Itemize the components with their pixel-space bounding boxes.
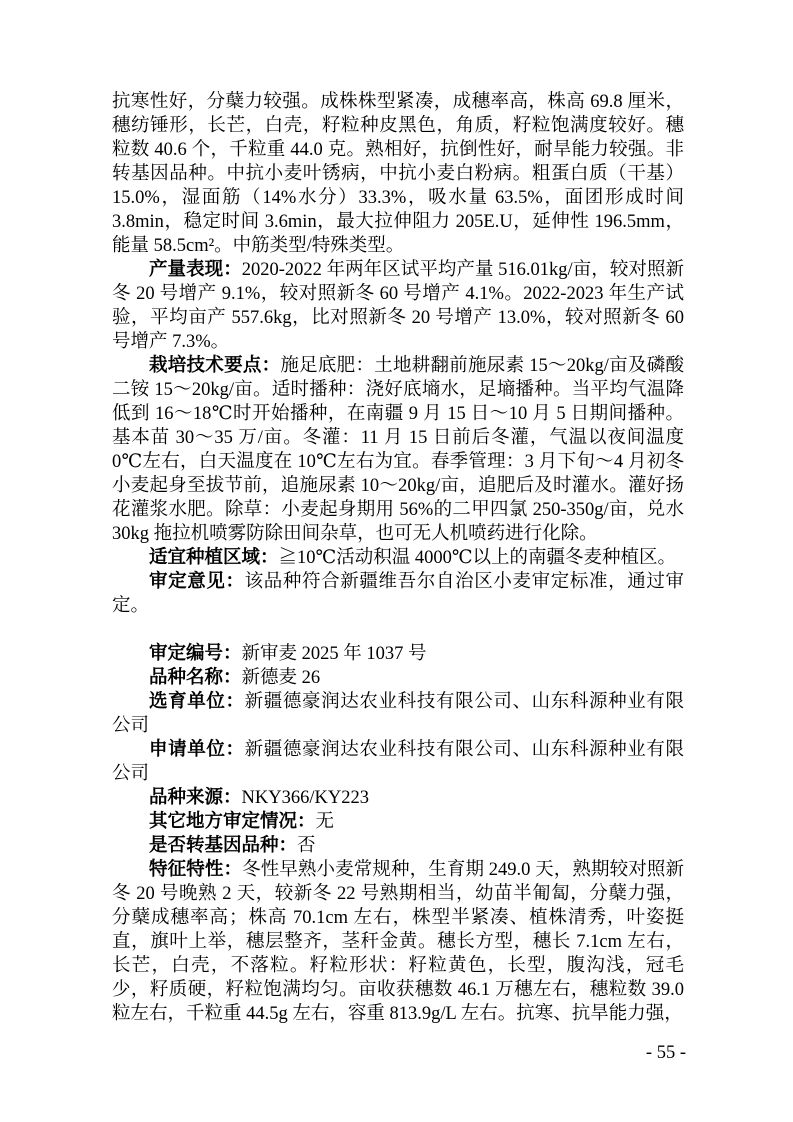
field-applicant-unit: 申请单位：新疆德豪润达农业科技有限公司、山东科源种业有限公司	[112, 738, 684, 786]
field-gmo-status: 是否转基因品种：否	[112, 834, 684, 858]
field-label: 品种名称：	[149, 668, 242, 688]
field-label: 审定编号：	[149, 644, 242, 664]
field-value: ≧10℃活动积温 4000℃以上的南疆冬麦种植区。	[279, 548, 677, 568]
paragraph-quality-continued: 抗寒性好，分蘖力较强。成株株型紧凑，成穗率高，株高 69.8 厘米，穗纺锤形，长…	[112, 90, 684, 258]
field-breeding-unit: 选育单位：新疆德豪润达农业科技有限公司、山东科源种业有限公司	[112, 690, 684, 738]
field-label: 选育单位：	[149, 692, 245, 712]
field-suitable-region: 适宜种植区域：≧10℃活动积温 4000℃以上的南疆冬麦种植区。	[112, 546, 684, 570]
field-label: 审定意见：	[149, 572, 245, 592]
field-variety-origin: 品种来源：NKY366/KY223	[112, 786, 684, 810]
field-label: 是否转基因品种：	[149, 836, 297, 856]
field-approval-number: 审定编号：新审麦 2025 年 1037 号	[112, 642, 684, 666]
paragraph-text: 抗寒性好，分蘖力较强。成株株型紧凑，成穗率高，株高 69.8 厘米，穗纺锤形，长…	[112, 92, 684, 256]
field-other-approvals: 其它地方审定情况：无	[112, 810, 684, 834]
field-label: 特征特性：	[149, 860, 242, 880]
field-characteristics: 特征特性：冬性早熟小麦常规种，生育期 249.0 天，熟期较对照新冬 20 号晚…	[112, 858, 684, 1026]
field-label: 品种来源：	[149, 788, 242, 808]
field-value: 新审麦 2025 年 1037 号	[242, 644, 427, 664]
field-value: NKY366/KY223	[242, 788, 369, 808]
page-number: - 55 -	[646, 1042, 686, 1064]
field-value: 否	[297, 836, 316, 856]
field-label: 产量表现：	[149, 260, 242, 280]
document-page: 抗寒性好，分蘖力较强。成株株型紧凑，成穗率高，株高 69.8 厘米，穗纺锤形，长…	[0, 0, 793, 1122]
field-approval-opinion: 审定意见：该品种符合新疆维吾尔自治区小麦审定标准，通过审定。	[112, 570, 684, 618]
field-value: 新德麦 26	[242, 668, 321, 688]
field-label: 申请单位：	[149, 740, 245, 760]
field-label: 栽培技术要点：	[149, 356, 280, 376]
field-variety-name: 品种名称：新德麦 26	[112, 666, 684, 690]
field-cultivation-techniques: 栽培技术要点：施足底肥：土地耕翻前施尿素 15～20kg/亩及磷酸二铵 15～2…	[112, 354, 684, 546]
field-label: 适宜种植区域：	[149, 548, 279, 568]
field-label: 其它地方审定情况：	[149, 812, 316, 832]
field-value: 冬性早熟小麦常规种，生育期 249.0 天，熟期较对照新冬 20 号晚熟 2 天…	[112, 860, 684, 1024]
field-value: 施足底肥：土地耕翻前施尿素 15～20kg/亩及磷酸二铵 15～20kg/亩。适…	[112, 356, 684, 544]
field-value: 无	[316, 812, 335, 832]
document-text-block: 抗寒性好，分蘖力较强。成株株型紧凑，成穗率高，株高 69.8 厘米，穗纺锤形，长…	[112, 90, 684, 1026]
field-yield-performance: 产量表现：2020-2022 年两年区试平均产量 516.01kg/亩，较对照新…	[112, 258, 684, 354]
